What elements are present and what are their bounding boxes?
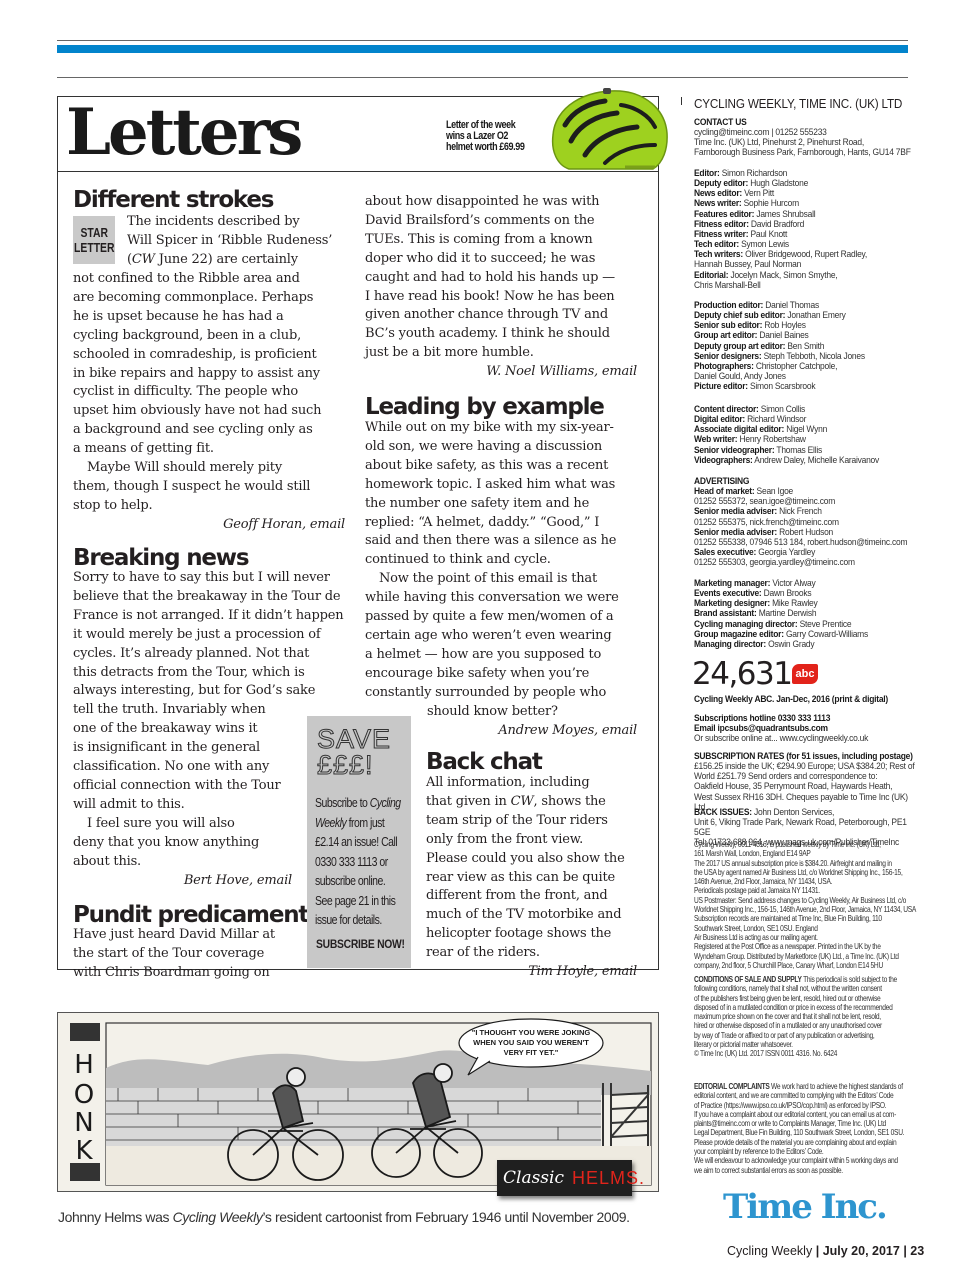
text-line: believe that the breakaway in the Tour d…: [73, 588, 353, 607]
staff-role: Events executive:: [694, 588, 762, 598]
staff-line: Cycling managing director: Steve Prentic…: [694, 619, 919, 629]
staff-line: Senior media adviser: Nick French: [694, 506, 919, 516]
text-line: upset him obviously have not had such: [73, 402, 353, 421]
staff-name: Mike Rawley: [772, 598, 817, 608]
staff-role: Head of market:: [694, 486, 754, 496]
staff-line: 01252 555338, 07946 513 184, robert.huds…: [694, 537, 919, 547]
staff-name: Hugh Gladstone: [750, 178, 808, 188]
text-line: Have just heard David Millar at: [73, 926, 308, 945]
line-text: by way of Trade or affixed to or part of…: [694, 1031, 874, 1040]
text-line: The incidents described by: [127, 213, 357, 232]
letter-heading: Pundit predicament: [73, 902, 308, 928]
staff-line: Sales executive: Georgia Yardley: [694, 547, 919, 557]
staff-line: Marketing designer: Mike Rawley: [694, 598, 919, 608]
staff-role: Deputy editor:: [694, 178, 748, 188]
svg-text:WHEN YOU SAID YOU WEREN'T: WHEN YOU SAID YOU WEREN'T: [473, 1038, 589, 1047]
text-line: encourage bike safety when you’re: [365, 665, 650, 684]
text-line: disposed of in a mutilated condition or …: [694, 1003, 935, 1012]
block-heading: CONDITIONS OF SALE AND SUPPLY: [694, 975, 802, 984]
staff-name: James Shrubsall: [756, 209, 815, 219]
page-number: 23: [910, 1244, 924, 1258]
abc-logo-icon: abc: [792, 664, 818, 684]
text-line: (CW June 22) are certainly: [127, 251, 357, 270]
text-line: the number one safety item and he: [365, 495, 650, 514]
staff-role: Senior videographer:: [694, 445, 774, 455]
line-text: Please provide details of the material y…: [694, 1138, 896, 1147]
staff-line: Group art editor: Daniel Baines: [694, 330, 919, 340]
line-text: disposed of in a mutilated condition or …: [694, 1003, 892, 1012]
text-line: Registered at the Post Office as a newsp…: [694, 942, 935, 951]
staff-line: Head of market: Sean Igoe: [694, 486, 919, 496]
text-line: rear view as this can be quite: [426, 869, 651, 888]
staff-line: Features editor: James Shrubsall: [694, 209, 919, 219]
text-line: I have read his book! Now he has been: [365, 288, 645, 307]
top-rule: [57, 40, 908, 41]
staff-line: Videographers: Andrew Daley, Michelle Ka…: [694, 455, 919, 465]
text-line: subscribe online.: [315, 872, 414, 892]
text-line: them, though I suspect he would still: [73, 478, 353, 497]
line-text: The 2017 US annual subscription price is…: [694, 859, 892, 868]
line-text: editorial content, and we are committed …: [694, 1091, 893, 1100]
staff-role: Content director:: [694, 404, 759, 414]
text-line: just be a bit more humble.: [365, 344, 645, 363]
text-line: cycling background, been in a club,: [73, 327, 353, 346]
text-line: following conditions, namely that it sha…: [694, 984, 935, 993]
staff-line: Content director: Simon Collis: [694, 404, 919, 414]
star-letter-badge: STAR LETTER: [73, 216, 115, 264]
line-text: This periodical is sold subject to the: [803, 975, 897, 984]
staff-role: Production editor:: [694, 300, 763, 310]
text-line: issue for details.: [315, 911, 414, 931]
staff-name: Richard Windsor: [747, 414, 806, 424]
back-issues-line: Unit 6, Viking Trade Park, Newark Road, …: [694, 817, 919, 837]
staff-name: Hannah Bussey, Paul Norman: [694, 259, 801, 269]
svg-text:H: H: [74, 1050, 94, 1080]
staff-name: Rob Hoyles: [764, 320, 805, 330]
contact-line[interactable]: cycling@timeinc.com | 01252 555233: [694, 127, 919, 137]
staff-name: Daniel Thomas: [765, 300, 819, 310]
text-line: Now the point of this email is that: [365, 570, 650, 589]
caption-text: Johnny Helms was: [58, 1209, 173, 1225]
staff-line: Managing director: Oswin Grady: [694, 639, 919, 649]
staff-name: Garry Coward-Williams: [786, 629, 868, 639]
staff-name: Vern Pitt: [744, 188, 774, 198]
staff-role: Senior media adviser:: [694, 506, 777, 516]
staff-role: Associate digital editor:: [694, 424, 784, 434]
text-line: about bike safety, as this was a recent: [365, 457, 650, 476]
staff-line: Group magazine editor: Garry Coward-Will…: [694, 629, 919, 639]
staff-line: Editorial: Jocelyn Mack, Simon Smythe,: [694, 270, 919, 280]
staff-line: Deputy chief sub editor: Jonathan Emery: [694, 310, 919, 320]
staff-list: Production editor: Daniel ThomasDeputy c…: [694, 300, 919, 391]
staff-role: Senior designers:: [694, 351, 761, 361]
staff-list: Content director: Simon CollisDigital ed…: [694, 404, 919, 465]
text-line: 146th Avenue, 2nd Floor, Jamaica, NY 114…: [694, 877, 935, 886]
staff-role: Fitness editor:: [694, 219, 749, 229]
staff-name: Victor Alway: [772, 578, 815, 588]
staff-line: Deputy editor: Hugh Gladstone: [694, 178, 919, 188]
text-line: are becoming commonplace. Perhaps: [73, 289, 353, 308]
back-issues-heading: BACK ISSUES:: [694, 807, 752, 817]
text-line: US Postmaster: Send address changes to C…: [694, 896, 935, 905]
staff-line: Senior media adviser: Robert Hudson: [694, 527, 919, 537]
staff-name: Christopher Catchpole,: [756, 361, 837, 371]
staff-role: Editorial:: [694, 270, 728, 280]
letter-signature: Bert Hove, email: [73, 872, 292, 891]
staff-name: David Bradford: [751, 219, 804, 229]
line-text: of the publishers first being given be l…: [694, 994, 880, 1003]
staff-line: Web writer: Henry Robertshaw: [694, 434, 919, 444]
staff-role: Tech editor:: [694, 239, 739, 249]
staff-name: Symon Lewis: [741, 239, 789, 249]
staff-list: Editor: Simon RichardsonDeputy editor: H…: [694, 168, 919, 290]
subscribe-copy: Subscribe to Cycling Weekly from just £2…: [315, 794, 414, 931]
staff-name: Simon Collis: [761, 404, 805, 414]
staff-line: 01252 555303, georgia.yardley@timeinc.co…: [694, 557, 919, 567]
sidebar-marker: [681, 97, 682, 105]
legal-notice: Cycling Weekly, 0011-4316, is published …: [694, 840, 935, 970]
text-line: 0330 333 1113 or: [315, 853, 414, 873]
staff-role: Picture editor:: [694, 381, 748, 391]
headline-line: £££!: [317, 752, 391, 778]
text-line: Legal Department, Blue Fin Building, 110…: [694, 1128, 935, 1137]
staff-name: Paul Knott: [750, 229, 787, 239]
staff-line: Production editor: Daniel Thomas: [694, 300, 919, 310]
sidebar-title: CYCLING WEEKLY, TIME INC. (UK) LTD: [694, 96, 897, 111]
text-line: given another chance through TV and: [365, 306, 645, 325]
staff-line: Marketing manager: Victor Alway: [694, 578, 919, 588]
abc-note: Cycling Weekly ABC. Jan-Dec, 2016 (print…: [694, 694, 919, 704]
staff-role: Sales executive:: [694, 547, 756, 557]
text-line: the USA by agent named Air Business Ltd,…: [694, 868, 935, 877]
staff-line: Chris Marshall-Bell: [694, 280, 919, 290]
text-line: 161 Marsh Wall, London, England E14 9AP: [694, 849, 935, 858]
letter-signature: W. Noel Williams, email: [365, 363, 637, 382]
staff-role: Features editor:: [694, 209, 754, 219]
staff-line: Daniel Gould, Andy Jones: [694, 371, 919, 381]
text-line: TUEs. This is coming from a known: [365, 231, 645, 250]
staff-line: Associate digital editor: Nigel Wynn: [694, 424, 919, 434]
staff-role: Fitness writer:: [694, 229, 748, 239]
text-line: not confined to the Ribble area and: [73, 270, 353, 289]
line-text: hired or otherwise disposed of in a muti…: [694, 1021, 882, 1030]
subscribe-promo-box[interactable]: SAVE £££! Subscribe to Cycling Weekly fr…: [307, 716, 411, 968]
letter-body: Have just heard David Millar at the star…: [73, 926, 308, 983]
text-line: a helmet — how are you supposed to: [365, 646, 650, 665]
text-line: constantly surrounded by people who: [365, 684, 650, 703]
staff-role: Digital editor:: [694, 414, 745, 424]
staff-role: Cycling managing director:: [694, 619, 797, 629]
line-text: your complaint by reference to the Edito…: [694, 1147, 823, 1156]
staff-name: 01252 555338, 07946 513 184, robert.huds…: [694, 537, 907, 547]
subs-online-link[interactable]: Or subscribe online at... www.cyclingwee…: [694, 733, 919, 743]
text-line: schooled in comradeship, is proficient: [73, 346, 353, 365]
text-line: of Practice (https://www.ipso.co.uk/IPSO…: [694, 1101, 935, 1110]
text-line: Periodicals postage paid at Jamaica NY 1…: [694, 886, 935, 895]
staff-name: Simon Scarsbrook: [750, 381, 815, 391]
contact-line: Time Inc. (UK) Ltd, Pinehurst 2, Pinehur…: [694, 137, 919, 147]
text-line: Please could you also show the: [426, 850, 651, 869]
text-line: doper who did it to succeed; he was: [365, 250, 645, 269]
contact-line: Farnborough Business Park, Farnborough, …: [694, 147, 919, 157]
header-rule: [57, 77, 908, 78]
text-line: Weekly from just: [315, 814, 414, 834]
staff-line: 01252 555372, sean.igoe@timeinc.com: [694, 496, 919, 506]
staff-name: 01252 555303, georgia.yardley@timeinc.co…: [694, 557, 855, 567]
letter-body: The incidents described by Will Spicer i…: [127, 213, 357, 270]
text-line: always interesting, but for God’s sake: [73, 682, 353, 701]
staff-name: Jonathan Emery: [787, 310, 845, 320]
staff-name: Oswin Grady: [768, 639, 814, 649]
letter-heading: Breaking news: [73, 545, 248, 571]
save-headline: SAVE £££!: [317, 726, 391, 778]
staff-role: Senior sub editor:: [694, 320, 762, 330]
text-line: EDITORIAL COMPLAINTS We work hard to ach…: [694, 1082, 935, 1091]
letter-of-week-promo: Letter of the week wins a Lazer O2 helme…: [446, 120, 536, 153]
staff-name: Daniel Gould, Andy Jones: [694, 371, 786, 381]
line-text: the USA by agent named Air Business Ltd,…: [694, 868, 902, 877]
text-line: France is not arranged. If it didn’t hap…: [73, 607, 353, 626]
line-text: plaints@timeinc.com or write to Complain…: [694, 1119, 886, 1128]
text-line: he is upset because he has had a: [73, 308, 353, 327]
line-text: Cycling Weekly, 0011-4316, is published …: [694, 840, 881, 849]
text-line: old son, we were having a discussion: [365, 438, 650, 457]
subscription-info: Subscriptions hotline 0330 333 1113 Emai…: [694, 713, 919, 743]
line-text: 161 Marsh Wall, London, England E14 9AP: [694, 849, 811, 858]
letter-heading: Leading by example: [365, 394, 604, 420]
line-text: 146th Avenue, 2nd Floor, Jamaica, NY 114…: [694, 877, 832, 886]
staff-name: Oliver Bridgewood, Rupert Radley,: [745, 249, 867, 259]
staff-line: Photographers: Christopher Catchpole,: [694, 361, 919, 371]
text-line: Cycling Weekly, 0011-4316, is published …: [694, 840, 935, 849]
staff-name: Nick French: [779, 506, 822, 516]
blue-header-bar: [57, 45, 908, 53]
line-text: Wyndeham Group. Distributed by Marketfor…: [694, 952, 899, 961]
cartoon-caption: Johnny Helms was Cycling Weekly’s reside…: [58, 1209, 630, 1225]
text-line: Sorry to have to say this but I will nev…: [73, 569, 353, 588]
letter-heading: Back chat: [426, 749, 542, 775]
subscription-rates: SUBSCRIPTION RATES (for 51 issues, inclu…: [694, 751, 919, 812]
text-line: rear of the riders.: [426, 944, 651, 963]
text-line: about how disappointed he was with: [365, 193, 645, 212]
text-line: we aim to correct substantial errors as …: [694, 1166, 935, 1175]
caption-italic: Cycling Weekly: [173, 1209, 263, 1225]
text-line: Subscription records are maintained at T…: [694, 914, 935, 923]
text-line: cyclist in difficulty. The people who: [73, 383, 353, 402]
svg-text:N: N: [74, 1108, 93, 1138]
text-line: homework topic. I asked him what was: [365, 476, 650, 495]
staff-line: Deputy group art editor: Ben Smith: [694, 341, 919, 351]
letter-heading: Different strokes: [73, 187, 273, 213]
text-line: plaints@timeinc.com or write to Complain…: [694, 1119, 935, 1128]
rates-heading: SUBSCRIPTION RATES (for 51 issues, inclu…: [694, 751, 913, 761]
text-line: it would merely be just a procession of: [73, 626, 353, 645]
staff-line: Senior designers: Steph Tebboth, Nicola …: [694, 351, 919, 361]
text-line: only from the front view.: [426, 831, 651, 850]
staff-name: Chris Marshall-Bell: [694, 280, 761, 290]
text-line: While out on my bike with my six-year-: [365, 419, 650, 438]
staff-role: Group art editor:: [694, 330, 757, 340]
promo-line: helmet worth £69.99: [446, 142, 536, 153]
staff-role: Photographers:: [694, 361, 754, 371]
staff-line: News editor: Vern Pitt: [694, 188, 919, 198]
staff-role: News writer:: [694, 198, 742, 208]
staff-name: Daniel Baines: [759, 330, 808, 340]
text-line: stop to help.: [73, 497, 353, 516]
text-line: literary or pictorial matter whatsoever.: [694, 1040, 935, 1049]
text-line: this detracts from the Tour, which is: [73, 664, 353, 683]
staff-line: Brand assistant: Martine Derwish: [694, 608, 919, 618]
letter-signature: Tim Hoyle, email: [426, 963, 637, 982]
time-inc-logo: Time Inc.: [723, 1187, 886, 1227]
text-line: that given in CW, shows the: [426, 793, 651, 812]
text-line: with Chris Boardman going on: [73, 964, 308, 983]
text-line: David Brailsford’s comments on the: [365, 212, 645, 231]
headline-line: SAVE: [317, 726, 391, 752]
classic-helms-badge: Classic HELMS.: [497, 1160, 632, 1196]
footer-date: July 20, 2017: [823, 1244, 900, 1258]
badge-brand: HELMS.: [572, 1168, 645, 1189]
line-text: If you have a complaint about our editor…: [694, 1110, 896, 1119]
line-text: US Postmaster: Send address changes to C…: [694, 896, 906, 905]
text-line: helicopter footage shows the: [426, 925, 651, 944]
staff-role: Group magazine editor:: [694, 629, 784, 639]
line-text: Worldnet Shipping Inc., 156-15, 146th Av…: [694, 905, 916, 914]
staff-line: Tech writers: Oliver Bridgewood, Rupert …: [694, 249, 919, 259]
text-line: CONDITIONS OF SALE AND SUPPLY This perio…: [694, 975, 935, 984]
line-text: literary or pictorial matter whatsoever.: [694, 1040, 793, 1049]
staff-name: Georgia Yardley: [758, 547, 815, 557]
letter-signature: Geoff Horan, email: [73, 516, 345, 535]
text-line: Southwark Street, London, SE1 0SU. Engla…: [694, 924, 935, 933]
text-line: maximum price shown on the cover and tha…: [694, 1012, 935, 1021]
staff-role: Marketing designer:: [694, 598, 770, 608]
text-line: All information, including: [426, 774, 651, 793]
staff-name: 01252 555375, nick.french@timeinc.com: [694, 517, 839, 527]
text-line: cycles. It’s already planned. Not that: [73, 645, 353, 664]
staff-role: Deputy chief sub editor:: [694, 310, 785, 320]
text-line: a background and see cycling only as: [73, 421, 353, 440]
line-text: Southwark Street, London, SE1 0SU. Engla…: [694, 924, 818, 933]
staff-name: Robert Hudson: [779, 527, 833, 537]
badge-text: STAR: [80, 225, 108, 240]
text-line: BC’s youth academy. I think he should: [365, 325, 645, 344]
advertising-heading: ADVERTISING: [694, 476, 749, 486]
line-text: of Practice (https://www.ipso.co.uk/IPSO…: [694, 1101, 886, 1110]
staff-name: Jocelyn Mack, Simon Smythe,: [730, 270, 837, 280]
text-line: The 2017 US annual subscription price is…: [694, 859, 935, 868]
staff-name: Sean Igoe: [757, 486, 793, 496]
line-text: following conditions, namely that it sha…: [694, 984, 882, 993]
text-line: See page 21 in this: [315, 892, 414, 912]
staff-line: News writer: Sophie Hurcom: [694, 198, 919, 208]
staff-line: Tech editor: Symon Lewis: [694, 239, 919, 249]
letter-body: All information, including that given in…: [426, 774, 651, 982]
text-line: passed by quite a few men/women of a: [365, 608, 650, 627]
staff-role: Senior media adviser:: [694, 527, 777, 537]
text-line: Maybe Will should merely pity: [73, 459, 353, 478]
svg-text:VERY FIT YET.": VERY FIT YET.": [504, 1048, 559, 1057]
text-line: editorial content, and we are committed …: [694, 1091, 935, 1100]
staff-line: Hannah Bussey, Paul Norman: [694, 259, 919, 269]
staff-line: Picture editor: Simon Scarsbrook: [694, 381, 919, 391]
text-line: your complaint by reference to the Edito…: [694, 1147, 935, 1156]
text-line: We will endeavour to acknowledge your co…: [694, 1156, 935, 1165]
contact-heading: CONTACT US: [694, 117, 746, 127]
staff-line: Fitness writer: Paul Knott: [694, 229, 919, 239]
rates-line: World £251.79 Send orders and correspond…: [694, 771, 919, 781]
staff-role: Deputy group art editor:: [694, 341, 785, 351]
section-title: Letters: [66, 93, 300, 173]
staff-role: Managing director:: [694, 639, 766, 649]
text-line: If you have a complaint about our editor…: [694, 1110, 935, 1119]
staff-name: Simon Richardson: [722, 168, 787, 178]
badge-script: Classic: [503, 1168, 564, 1188]
rates-line: Oakfield House, 35 Perrymount Road, Hayw…: [694, 781, 919, 791]
text-line: by way of Trade or affixed to or part of…: [694, 1031, 935, 1040]
staff-name: Steve Prentice: [800, 619, 852, 629]
text-line: Please provide details of the material y…: [694, 1138, 935, 1147]
staff-line: Digital editor: Richard Windsor: [694, 414, 919, 424]
staff-name: Andrew Daley, Michelle Karaivanov: [754, 455, 879, 465]
contact-block: CONTACT US cycling@timeinc.com | 01252 5…: [694, 117, 919, 158]
text-line: team strip of the Tour riders: [426, 812, 651, 831]
staff-name: Nigel Wynn: [786, 424, 827, 434]
staff-name: Ben Smith: [787, 341, 824, 351]
staff-role: Brand assistant:: [694, 608, 757, 618]
text-line: said and then there was a silence as he: [365, 532, 650, 551]
badge-text: LETTER: [74, 240, 114, 255]
text-line: much of the TV motorbike and: [426, 906, 651, 925]
line-text: Subscription records are maintained at T…: [694, 914, 882, 923]
staff-name: Sophie Hurcom: [744, 198, 799, 208]
staff-name: Martine Derwish: [759, 608, 817, 618]
line-text: company, 2nd floor, 5 Churchill Place, C…: [694, 961, 883, 970]
text-line: the start of the Tour coverage: [73, 945, 308, 964]
svg-text:K: K: [75, 1136, 93, 1166]
subscribe-now-button[interactable]: SUBSCRIBE NOW!: [316, 937, 405, 951]
staff-line: Senior sub editor: Rob Hoyles: [694, 320, 919, 330]
staff-name: 01252 555372, sean.igoe@timeinc.com: [694, 496, 835, 506]
line-text: Legal Department, Blue Fin Building, 110…: [694, 1128, 904, 1137]
staff-role: Videographers:: [694, 455, 753, 465]
footer-publication: Cycling Weekly: [727, 1244, 812, 1258]
line-text: © Time Inc (UK) Ltd. 2017 ISSN 0011 4316…: [694, 1049, 837, 1058]
rates-line: £156.25 inside the UK; €294.90 Europe; U…: [694, 761, 919, 771]
subs-email[interactable]: Email ipcsubs@quadrantsubs.com: [694, 723, 828, 733]
text-line: different from the front, and: [426, 887, 651, 906]
text-line: while having this conversation we were: [365, 589, 650, 608]
line-text: We will endeavour to acknowledge your co…: [694, 1156, 898, 1165]
staff-role: Marketing manager:: [694, 578, 770, 588]
text-line: certain age who weren’t even wearing: [365, 627, 650, 646]
staff-line: 01252 555375, nick.french@timeinc.com: [694, 517, 919, 527]
circulation-figure: 24,631: [692, 657, 791, 691]
letter-body: While out on my bike with my six-year- o…: [365, 419, 650, 740]
text-line: © Time Inc (UK) Ltd. 2017 ISSN 0011 4316…: [694, 1049, 935, 1058]
text-line: Will Spicer in ‘Ribble Rudeness’: [127, 232, 357, 251]
subs-hotline: Subscriptions hotline 0330 333 1113: [694, 713, 830, 723]
page-footer: Cycling Weekly | July 20, 2017 | 23: [727, 1244, 924, 1258]
staff-name: Steph Tebboth, Nicola Jones: [764, 351, 865, 361]
text-line: Air Business Ltd is acting as our mailin…: [694, 933, 935, 942]
letter-body: about how disappointed he was with David…: [365, 193, 645, 382]
text-line: replied: “A helmet, daddy.” “Good,” I: [365, 514, 650, 533]
staff-role: Web writer:: [694, 434, 737, 444]
advertising-block: ADVERTISING Head of market: Sean Igoe012…: [694, 476, 919, 567]
conditions-of-sale: CONDITIONS OF SALE AND SUPPLY This perio…: [694, 975, 935, 1059]
staff-name: Dawn Brooks: [764, 588, 812, 598]
